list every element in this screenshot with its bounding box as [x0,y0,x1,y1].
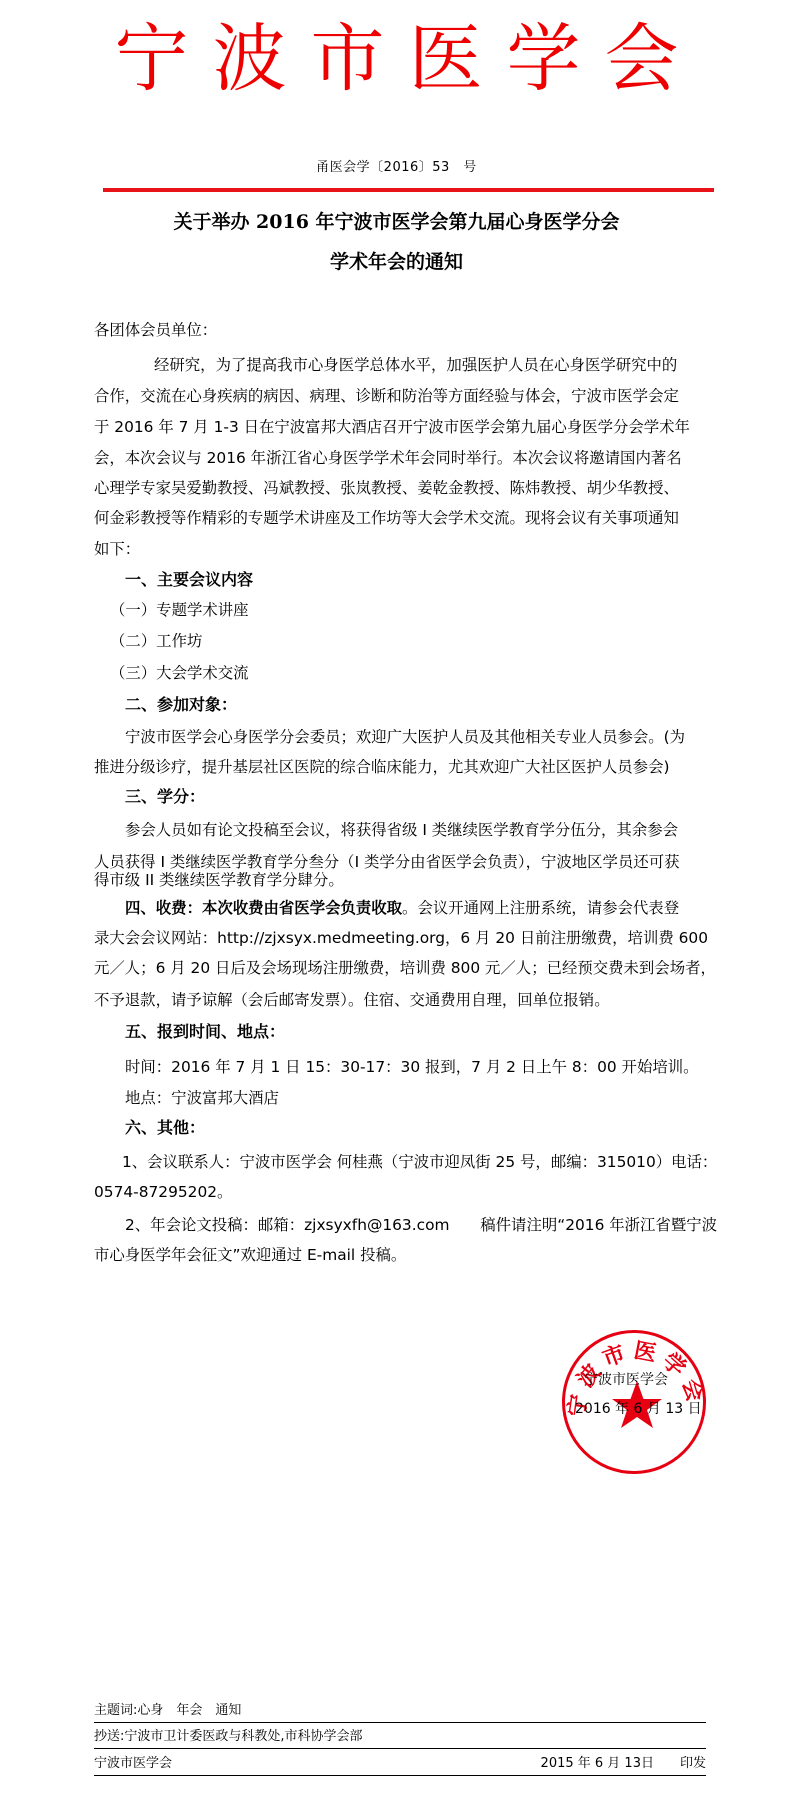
section-heading-participants: 二、参加对象： [125,694,237,716]
paper-submission-line: 2、年会论文投稿：邮箱：zjxsyxfh@163.com 稿件请注明“2016 … [125,1214,717,1236]
intro-line: 于 2016 年 7 月 1-3 日在宁波富邦大酒店召开宁波市医学会第九届心身医… [94,416,690,438]
signature-date: 2016 年 6 月 13 日 [575,1400,702,1418]
intro-line: 心理学专家吴爱勤教授、冯斌教授、张岚教授、姜乾金教授、陈炜教授、胡少华教授、 [94,477,679,499]
credits-line: 得市级 II 类继续医学教育学分肆分。 [94,869,344,891]
fees-line-first: 四、收费：本次收费由省医学会负责收取。会议开通网上注册系统，请参会代表登 [125,897,679,919]
participants-line: 宁波市医学会心身医学分会委员；欢迎广大医护人员及其他相关专业人员参会。(为 [125,726,685,748]
salutation: 各团体会员单位： [94,319,217,341]
intro-line: 会，本次会议与 2016 年浙江省心身医学学术年会同时举行。本次会议将邀请国内著… [94,447,682,469]
paper-submission-line: 市心身医学年会征文”欢迎通过 E-mail 投稿。 [94,1244,406,1266]
section-heading-meeting-content: 一、主要会议内容 [125,569,253,591]
keywords-text: 主题词:心身 年会 通知 [94,1703,241,1718]
intro-line: 合作，交流在心身疾病的病因、病理、诊断和防治等方面经验与体会，宁波市医学会定 [94,385,679,407]
fees-line: 不予退款，请予谅解（会后邮寄发票）。住宿、交通费用自理，回单位报销。 [94,989,610,1011]
intro-line: 如下： [94,538,140,560]
signature-org: 宁波市医学会 [584,1371,668,1389]
contact-phone: 0574-87295202。 [94,1181,232,1203]
section-heading-other: 六、其他： [125,1117,205,1139]
notice-title-line-2: 学术年会的通知 [0,249,793,275]
footer-keywords: 主题词:心身 年会 通知 [94,1700,706,1723]
masthead-org-name: 宁波市医学会 [0,14,793,104]
issue-info: 2015 年 6 月 13日印发 [541,1753,706,1775]
credits-line: 参会人员如有论文投稿至会议，将获得省级 I 类继续医学教育学分伍分，其余参会 [125,819,678,841]
red-divider-line [103,188,714,192]
registration-time: 时间：2016 年 7 月 1 日 15：30-17：30 报到，7 月 2 日… [125,1056,699,1078]
fees-line: 录大会会议网站：http://zjxsyx.medmeeting.org，6 月… [94,927,708,949]
content-item: （三）大会学术交流 [110,662,249,684]
footer-cc: 抄送:宁波市卫计委医政与科教处,市科协学会部 [94,1726,706,1749]
content-item: （二）工作坊 [110,630,202,652]
content-item: （一）专题学术讲座 [110,599,249,621]
fees-line: 元／人；6 月 20 日后及会场现场注册缴费，培训费 800 元／人；已经预交费… [94,957,716,979]
intro-line: 经研究，为了提高我市心身医学总体水平，加强医护人员在心身医学研究中的 [154,354,677,376]
section-heading-fees: 四、收费：本次收费由省医学会负责收取 [125,899,402,917]
footer-issuer: 宁波市医学会 2015 年 6 月 13日印发 [94,1753,706,1776]
intro-line: 何金彩教授等作精彩的专题学术讲座及工作坊等大会学术交流。现将会议有关事项通知 [94,507,679,529]
section-heading-credits: 三、学分： [125,786,205,808]
cc-text: 抄送:宁波市卫计委医政与科教处,市科协学会部 [94,1729,363,1744]
fees-heading-tail: 。会议开通网上注册系统，请参会代表登 [402,899,679,917]
registration-place: 地点：宁波富邦大酒店 [125,1087,279,1109]
section-heading-registration: 五、报到时间、地点： [125,1021,285,1043]
issuer-name: 宁波市医学会 [94,1756,172,1771]
issue-date: 2015 年 6 月 13日 [541,1756,654,1771]
issue-label: 印发 [680,1756,706,1771]
participants-line: 推进分级诊疗，提升基层社区医院的综合临床能力，尤其欢迎广大社区医护人员参会) [94,756,669,778]
contact-line: 1、会议联系人：宁波市医学会 何桂燕（宁波市迎凤街 25 号，邮编：315010… [122,1151,717,1173]
notice-title-line-1: 关于举办 2016 年宁波市医学会第九届心身医学分会 [0,209,793,235]
document-number: 甬医会学〔2016〕53 号 [0,158,793,178]
